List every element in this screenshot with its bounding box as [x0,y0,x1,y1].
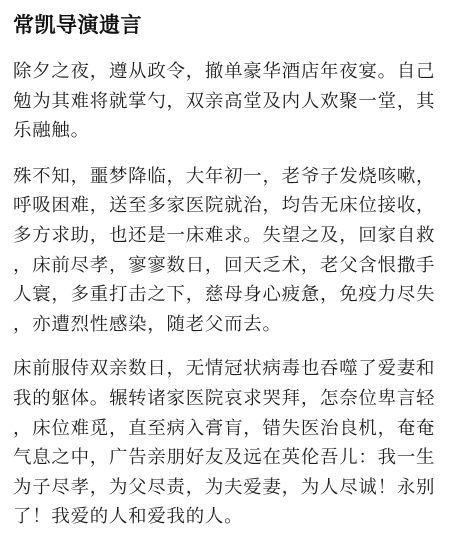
paragraph-line: 气息之中，广告亲朋好友及远在英伦吾儿：我一生 [13,443,449,473]
paragraph-line: 乐融触。 [13,116,449,146]
paragraph-line: 床前服侍双亲数日，无情冠状病毒也吞噬了爱妻和 [13,354,449,384]
document-page: 常凯导演遗言 除夕之夜，遵从政令，撤单豪华酒店年夜宴。自己 勉为其难将就掌勺，双… [0,0,463,546]
paragraph-line: ，床前尽孝，寥寥数日，回天乏术，老父含恨撒手 [13,251,449,281]
paragraph-line: 多方求助，也还是一床难求。失望之及，回家自救 [13,221,449,251]
paragraph-line: ，床位难觅，直至病入膏肓，错失医治良机，奄奄 [13,414,449,444]
paragraph-1: 除夕之夜，遵从政令，撤单豪华酒店年夜宴。自己 勉为其难将就掌勺，双亲高堂及内人欢… [13,57,449,146]
paragraph-2: 殊不知，噩梦降临，大年初一，老爷子发烧咳嗽， 呼吸困难，送至多家医院就治，均告无… [13,162,449,340]
paragraph-line: 勉为其难将就掌勺，双亲高堂及内人欢聚一堂，其 [13,87,449,117]
article-title: 常凯导演遗言 [13,0,449,39]
paragraph-line: 我的躯体。辗转诸家医院哀求哭拜，怎奈位卑言轻 [13,384,449,414]
paragraph-line: 除夕之夜，遵从政令，撤单豪华酒店年夜宴。自己 [13,57,449,87]
paragraph-line: 殊不知，噩梦降临，大年初一，老爷子发烧咳嗽， [13,162,449,192]
paragraph-line: 为子尽孝，为父尽责，为夫爱妻，为人尽诚！永别 [13,473,449,503]
paragraph-line: ，亦遭烈性感染，随老父而去。 [13,310,449,340]
paragraph-3: 床前服侍双亲数日，无情冠状病毒也吞噬了爱妻和 我的躯体。辗转诸家医院哀求哭拜，怎… [13,354,449,532]
paragraph-line: 人寰，多重打击之下，慈母身心疲惫，免疫力尽失 [13,280,449,310]
paragraph-line: 了！我爱的人和爱我的人。 [13,502,449,532]
paragraph-line: 呼吸困难，送至多家医院就治，均告无床位接收， [13,191,449,221]
